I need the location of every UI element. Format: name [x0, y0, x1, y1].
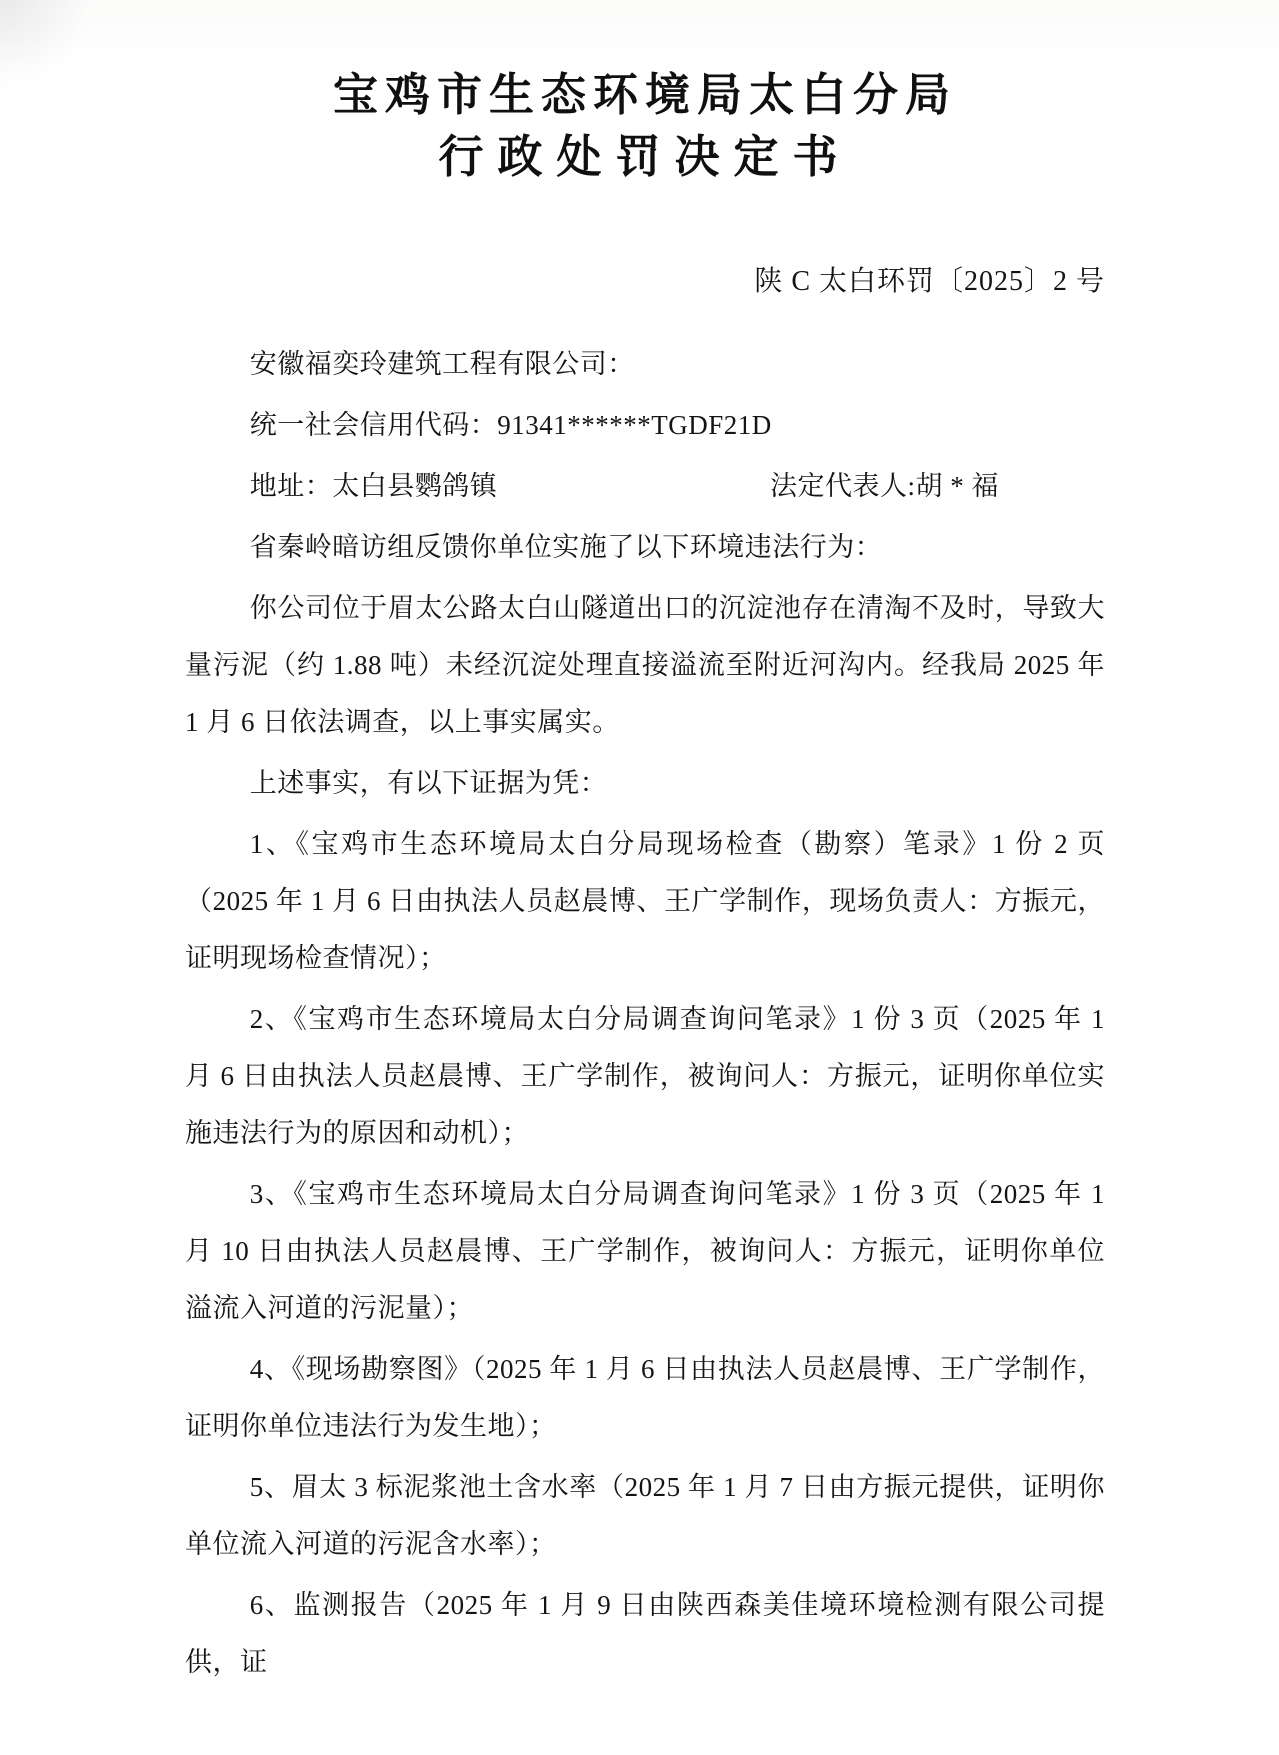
evidence-item: 3、《宝鸡市生态环境局太白分局调查询问笔录》1 份 3 页（2025 年 1 月…: [185, 1166, 1105, 1337]
address-value: 地址：太白县鹦鸽镇: [250, 471, 498, 501]
address-line: 地址：太白县鹦鸽镇 法定代表人:胡 * 福: [185, 458, 1105, 515]
evidence-item: 2、《宝鸡市生态环境局太白分局调查询问笔录》1 份 3 页（2025 年 1 月…: [185, 991, 1105, 1162]
evidence-item: 5、眉太 3 标泥浆池土含水率（2025 年 1 月 7 日由方振元提供，证明你…: [185, 1459, 1105, 1573]
evidence-item: 6、监测报告（2025 年 1 月 9 日由陕西森美佳境环境检测有限公司提供，证: [185, 1577, 1105, 1691]
document-content: 宝鸡市生态环境局太白分局 行政处罚决定书 陕 C 太白环罚〔2025〕2 号 安…: [0, 0, 1279, 1691]
document-number: 陕 C 太白环罚〔2025〕2 号: [185, 262, 1105, 302]
document-title: 宝鸡市生态环境局太白分局 行政处罚决定书: [185, 64, 1105, 188]
document-title-line1: 宝鸡市生态环境局太白分局: [185, 64, 1105, 126]
recipient-company: 安徽福奕玲建筑工程有限公司：: [185, 336, 1105, 393]
intro-paragraph: 省秦岭暗访组反馈你单位实施了以下环境违法行为：: [185, 519, 1105, 576]
evidence-item: 1、《宝鸡市生态环境局太白分局现场检查（勘察）笔录》1 份 2 页（2025 年…: [185, 816, 1105, 987]
legal-representative: 法定代表人:胡 * 福: [770, 458, 999, 515]
evidence-lead-paragraph: 上述事实，有以下证据为凭：: [185, 755, 1105, 812]
evidence-item: 4、《现场勘察图》（2025 年 1 月 6 日由执法人员赵晨博、王广学制作，证…: [185, 1341, 1105, 1455]
document-body: 安徽福奕玲建筑工程有限公司： 统一社会信用代码：91341******TGDF2…: [185, 336, 1105, 1691]
facts-paragraph: 你公司位于眉太公路太白山隧道出口的沉淀池存在清淘不及时，导致大量污泥（约 1.8…: [185, 580, 1105, 751]
scanned-document-page: 宝鸡市生态环境局太白分局 行政处罚决定书 陕 C 太白环罚〔2025〕2 号 安…: [0, 0, 1279, 1755]
document-title-line2: 行政处罚决定书: [185, 126, 1105, 188]
credit-code-line: 统一社会信用代码：91341******TGDF21D: [185, 397, 1105, 454]
